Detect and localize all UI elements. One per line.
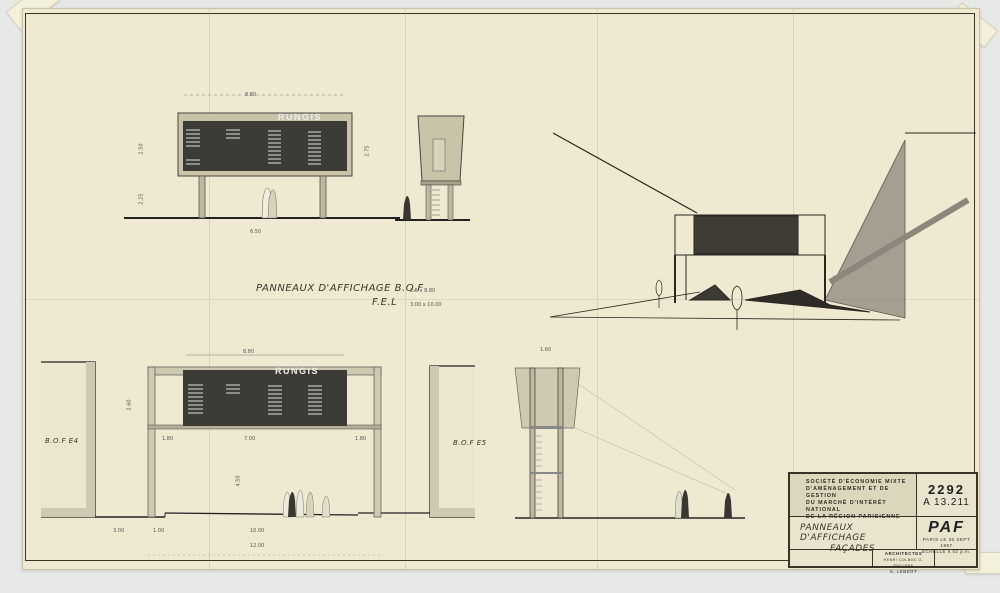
dim-bottom-inner: 7.00 [244, 436, 255, 442]
title-main-dims: 2.5 x 8.80 [410, 288, 435, 294]
dim-top-width: 8.80 [245, 92, 256, 98]
drawing-number: 2292 [917, 482, 976, 497]
board-label-top: RUNGIS [278, 112, 322, 122]
title-block: SOCIÉTÉ D'ÉCONOMIE MIXTE D'AMÉNAGEMENT E… [788, 472, 978, 568]
dim-left-offset-2: 1.00 [153, 528, 164, 534]
architects-line-1: HENRI COLBOC G. PHILIPPE [873, 557, 934, 569]
dim-top-height-right: 2.75 [365, 145, 371, 156]
drawing-title-sub: F.E.L [372, 297, 397, 308]
building-left-label: B.O.F E4 [45, 437, 79, 445]
top-side-elevation [395, 116, 470, 220]
bottom-front-elevation [95, 355, 430, 555]
date-line: PARIS LE 30 SEPT 1967 [917, 537, 976, 549]
drawing-code: PAF [917, 519, 976, 537]
dim-bottom-height: 2.60 [127, 399, 133, 410]
title-block-architects: ARCHITECTES HENRI COLBOC G. PHILIPPE S. … [872, 549, 935, 567]
company-line-2: D'AMÉNAGEMENT ET DE GESTION [806, 486, 916, 500]
company-line-3: DU MARCHÉ D'INTÉRÊT NATIONAL [806, 500, 916, 514]
bottom-side-elevation [515, 368, 745, 518]
title-block-title: PANNEAUX D'AFFICHAGE FAÇADES [789, 516, 917, 550]
dim-top-height-left: 2.50 [139, 143, 145, 154]
drawing-title-1: PANNEAUX D'AFFICHAGE [800, 523, 916, 543]
top-front-elevation [124, 95, 400, 218]
architects-line-2: S. LEBERT [873, 569, 934, 575]
drawing-title-main: PANNEAUX D'AFFICHAGE B.O.F [256, 283, 424, 294]
dim-bottom-side-left: 1.80 [162, 436, 173, 442]
dim-bottom-span: 10.00 [250, 528, 264, 534]
dim-bottom-clear: 4.50 [236, 475, 242, 486]
company-line-1: SOCIÉTÉ D'ÉCONOMIE MIXTE [806, 479, 916, 486]
building-right-label: B.O.F E5 [453, 439, 487, 447]
title-block-code: PAF PARIS LE 30 SEPT 1967 ÉCHELLE 0.02 p… [916, 516, 977, 550]
dim-bottom-width: 8.80 [243, 349, 254, 355]
dim-top-post-height: 2.25 [139, 193, 145, 204]
dim-top-base-span: 6.50 [250, 229, 261, 235]
drawing-reference: A 13.211 [917, 497, 976, 508]
board-label-bottom: RUNGIS [275, 366, 319, 376]
dim-bottom-total: 12.00 [250, 543, 264, 549]
dim-bottom-side-right: 1.80 [355, 436, 366, 442]
dim-side-width: 1.60 [540, 347, 551, 353]
title-sub-dims: 3.00 x 10.00 [410, 302, 442, 308]
title-block-company: SOCIÉTÉ D'ÉCONOMIE MIXTE D'AMÉNAGEMENT E… [789, 473, 917, 517]
title-block-number: 2292 A 13.211 [916, 473, 977, 517]
perspective-sketch [550, 133, 976, 330]
dim-left-offset: 3.00 [113, 528, 124, 534]
